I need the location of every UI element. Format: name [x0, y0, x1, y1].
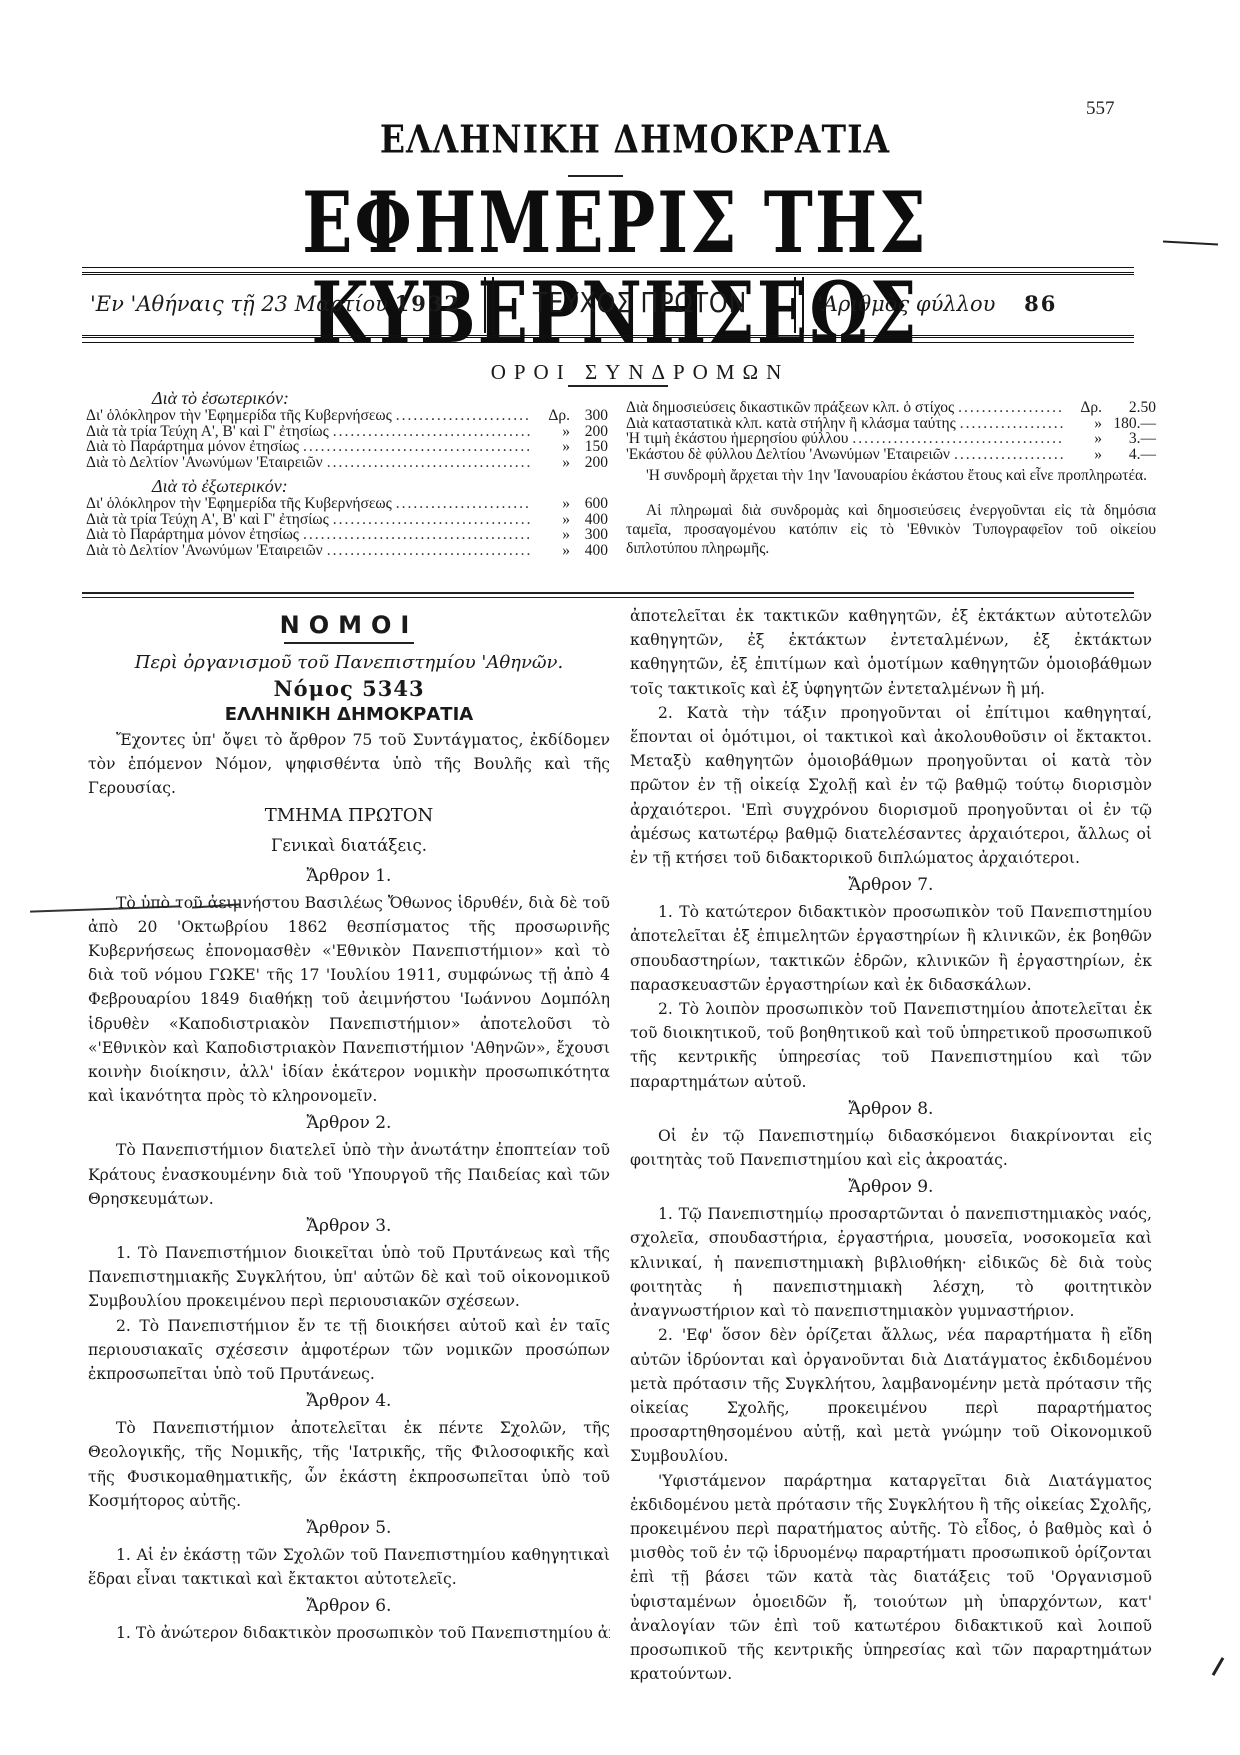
- fee-amount: 4.—: [1110, 447, 1156, 463]
- fee-row: Διὰ δημοσιεύσεις δικαστικῶν πράξεων κλπ.…: [626, 400, 1156, 416]
- article-paragraph: 2. Κατὰ τὴν τάξιν προηγοῦνται οἱ ἐπίτιμο…: [630, 701, 1152, 870]
- article-paragraph: 1. Τῷ Πανεπιστημίῳ προσαρτῶνται ὁ πανεπι…: [630, 1202, 1152, 1323]
- fee-row: Διὰ τὸ Δελτίον 'Ανωνύμων 'Εταιρειῶν»400: [86, 543, 608, 559]
- article-paragraph: 1. Αἱ ἐν ἑκάστῃ τῶν Σχολῶν τοῦ Πανεπιστη…: [88, 1543, 610, 1591]
- fee-amount: 180.—: [1110, 416, 1156, 432]
- law-preamble: Ἔχοντες ὑπ' ὄψει τὸ ἄρθρον 75 τοῦ Συντάγ…: [88, 728, 610, 801]
- leader-dots: [960, 416, 1064, 432]
- article-title: Ἄρθρον 3.: [88, 1211, 610, 1241]
- article-paragraph: 2. 'Εφ' ὅσον δὲν ὁρίζεται ἄλλως, νέα παρ…: [630, 1323, 1152, 1468]
- fee-row: Διὰ τὰ τρία Τεύχη Α', Β' καὶ Γ' ἐτησίως»…: [86, 424, 608, 440]
- fee-label: Διὰ τὸ Παράρτημα μόνον ἐτησίως: [86, 439, 299, 455]
- masthead-info-bar: 'Εν 'Αθήναις τῇ 23 Μαρτίου 1932 ΤΕΥΧΟΣ Π…: [82, 272, 1134, 338]
- article-title: Ἄρθρον 1.: [88, 861, 610, 891]
- fee-label: Διὰ τὸ Δελτίον 'Ανωνύμων 'Εταιρειῶν: [86, 455, 323, 471]
- article-paragraph: Τὸ Πανεπιστήμιον ἀποτελεῖται ἐκ πέντε Σχ…: [88, 1416, 610, 1513]
- part-title: ΤΜΗΜΑ ΠΡΩΤΟΝ: [88, 801, 610, 831]
- sheet-number: 'Αριθμὸς φύλλου 86: [817, 291, 1057, 316]
- issue-year: 1932: [395, 291, 461, 316]
- article-title: Ἄρθρον 6.: [88, 1591, 610, 1621]
- fee-label: 'Η τιμὴ ἑκάστου ἡμερησίου φύλλου: [626, 431, 848, 447]
- fee-amount: 300: [578, 527, 608, 543]
- subscription-note: 'Η συνδρομὴ ἄρχεται τὴν 1ην 'Ιανουαρίου …: [626, 466, 1156, 485]
- fee-unit: »: [536, 455, 570, 471]
- fee-unit: »: [536, 496, 570, 512]
- leader-dots: [327, 543, 532, 559]
- fee-unit: »: [536, 424, 570, 440]
- publication-rate-list: Διὰ δημοσιεύσεις δικαστικῶν πράξεων κλπ.…: [626, 400, 1156, 462]
- margin-pen-mark: [1163, 241, 1218, 246]
- fee-unit: »: [536, 512, 570, 528]
- fee-unit: »: [1068, 447, 1102, 463]
- foreign-rates: Δι' ὁλόκληρον τὴν 'Εφημερίδα τῆς Κυβερνή…: [86, 496, 608, 558]
- domestic-title: Διὰ τὸ ἐσωτερικόν:: [86, 388, 608, 408]
- leader-dots: [396, 496, 532, 512]
- leader-dots: [333, 424, 532, 440]
- leader-dots: [303, 527, 532, 543]
- article-paragraph: 'Υφιστάμενον παράρτημα καταργεῖται διὰ Δ…: [630, 1469, 1152, 1687]
- fee-label: Δι' ὁλόκληρον τὴν 'Εφημερίδα τῆς Κυβερνή…: [86, 408, 392, 424]
- fee-amount: 200: [578, 424, 608, 440]
- fee-row: Διὰ τὸ Παράρτημα μόνον ἐτησίως»150: [86, 439, 608, 455]
- law-number: Νόμος 5343: [88, 676, 610, 702]
- fee-row: Διὰ τὰ τρία Τεύχη Α', Β' καὶ Γ' ἐτησίως»…: [86, 512, 608, 528]
- domestic-rates: Δι' ὁλόκληρον τὴν 'Εφημερίδα τῆς Κυβερνή…: [86, 408, 608, 470]
- column-divider: [794, 277, 804, 333]
- laws-heading: ΝΟΜΟΙ: [88, 610, 610, 640]
- fee-label: Διὰ τὰ τρία Τεύχη Α', Β' καὶ Γ' ἐτησίως: [86, 424, 329, 440]
- fee-unit: Δρ.: [536, 408, 570, 424]
- article-paragraph: Τὸ ὑπὸ τοῦ ἀειμνήστου Βασιλέως Ὄθωνος ἱδ…: [88, 891, 610, 1109]
- issue-date: 'Εν 'Αθήναις τῇ 23 Μαρτίου 1932: [90, 291, 461, 316]
- fee-row: Διὰ τὸ Παράρτημα μόνον ἐτησίως»300: [86, 527, 608, 543]
- article-title: Ἄρθρον 2.: [88, 1108, 610, 1138]
- sheet-label: 'Αριθμὸς φύλλου: [817, 292, 995, 316]
- fee-label: Διὰ τὸ Παράρτημα μόνον ἐτησίως: [86, 527, 299, 543]
- article-title: Ἄρθρον 7.: [630, 870, 1152, 900]
- article-paragraph: Οἱ ἐν τῷ Πανεπιστημίῳ διδασκόμενοι διακρ…: [630, 1124, 1152, 1172]
- fee-unit: Δρ.: [1068, 400, 1102, 416]
- fee-label: Διὰ καταστατικὰ κλπ. κατὰ στήλην ἢ κλάσμ…: [626, 416, 956, 432]
- column-divider: [484, 277, 494, 333]
- law-republic: ΕΛΛΗΝΙΚΗ ΔΗΜΟΚΡΑΤΙΑ: [88, 702, 610, 728]
- leader-dots: [852, 431, 1064, 447]
- fee-label: Δι' ὁλόκληρον τὴν 'Εφημερίδα τῆς Κυβερνή…: [86, 496, 392, 512]
- fee-row: 'Εκάστου δὲ φύλλου Δελτίου 'Ανωνύμων 'Ετ…: [626, 447, 1156, 463]
- law-subject: Περὶ ὀργανισμοῦ τοῦ Πανεπιστημίου 'Αθηνῶ…: [88, 650, 610, 676]
- leader-dots: [954, 447, 1064, 463]
- fee-row: Διὰ τὸ Δελτίον 'Ανωνύμων 'Εταιρειῶν»200: [86, 455, 608, 471]
- fee-row: Διὰ καταστατικὰ κλπ. κατὰ στήλην ἢ κλάσμ…: [626, 416, 1156, 432]
- leader-dots: [333, 512, 532, 528]
- fee-unit: »: [536, 543, 570, 559]
- payment-note: Αἱ πληρωμαὶ διὰ συνδρομὰς καὶ δημοσιεύσε…: [626, 501, 1156, 558]
- article-paragraph: 1. Τὸ κατώτερον διδακτικὸν προσωπικὸν το…: [630, 900, 1152, 997]
- article-paragraph: 2. Τὸ λοιπὸν προσωπικὸν τοῦ Πανεπιστημίο…: [630, 997, 1152, 1094]
- sheet-value: 86: [1024, 291, 1057, 316]
- article-paragraph: 1. Τὸ Πανεπιστήμιον διοικεῖται ὑπὸ τοῦ Π…: [88, 1241, 610, 1314]
- fee-amount: 400: [578, 543, 608, 559]
- article-paragraph: Τὸ Πανεπιστήμιον διατελεῖ ὑπὸ τὴν ἀνωτάτ…: [88, 1138, 610, 1211]
- subscription-rates: Διὰ τὸ ἐσωτερικόν: Δι' ὁλόκληρον τὴν 'Εφ…: [86, 386, 608, 558]
- leader-dots: [303, 439, 532, 455]
- issue-part: ΤΕΥΧΟΣ ΠΡΩΤΟΝ: [514, 286, 766, 319]
- masthead-republic: ΕΛΛΗΝΙΚΗ ΔΗΜΟΚΡΑΤΙΑ: [0, 117, 1240, 162]
- fee-amount: 300: [578, 408, 608, 424]
- article-title: Ἄρθρον 4.: [88, 1386, 610, 1416]
- articles-left: Ἄρθρον 1.Τὸ ὑπὸ τοῦ ἀειμνήστου Βασιλέως …: [88, 861, 610, 1646]
- law-column-right: 1. Τὸ ἀνώτερον διδακτικὸν προσωπικὸν τοῦ…: [630, 604, 1152, 1686]
- fee-label: 'Εκάστου δὲ φύλλου Δελτίου 'Ανωνύμων 'Ετ…: [626, 447, 950, 463]
- foreign-title: Διὰ τὸ ἐξωτερικόν:: [86, 476, 608, 496]
- article-paragraph: 1. Τὸ ἀνώτερον διδακτικὸν προσωπικὸν τοῦ…: [88, 1621, 610, 1645]
- leader-dots: [327, 455, 532, 471]
- fee-label: Διὰ τὸ Δελτίον 'Ανωνύμων 'Εταιρειῶν: [86, 543, 323, 559]
- fee-row: 'Η τιμὴ ἑκάστου ἡμερησίου φύλλου»3.—: [626, 431, 1156, 447]
- articles-right: 1. Τὸ ἀνώτερον διδακτικὸν προσωπικὸν τοῦ…: [630, 580, 1152, 1687]
- fee-unit: »: [1068, 416, 1102, 432]
- fee-unit: »: [536, 439, 570, 455]
- part-subtitle: Γενικαὶ διατάξεις.: [88, 831, 610, 861]
- fee-amount: 150: [578, 439, 608, 455]
- subscriptions-heading: ΟΡΟΙ ΣΥΝΔΡΟΜΩΝ: [0, 360, 1240, 385]
- fee-row: Δι' ὁλόκληρον τὴν 'Εφημερίδα τῆς Κυβερνή…: [86, 408, 608, 424]
- article-title: Ἄρθρον 8.: [630, 1094, 1152, 1124]
- fee-amount: 2.50: [1110, 400, 1156, 416]
- leader-dots: [958, 400, 1064, 416]
- publication-rates: Διὰ δημοσιεύσεις δικαστικῶν πράξεων κλπ.…: [626, 400, 1156, 573]
- fee-amount: 200: [578, 455, 608, 471]
- fee-amount: 600: [578, 496, 608, 512]
- leader-dots: [396, 408, 532, 424]
- fee-label: Διὰ τὰ τρία Τεύχη Α', Β' καὶ Γ' ἐτησίως: [86, 512, 329, 528]
- corner-pen-mark: [1212, 1657, 1225, 1676]
- article-title: Ἄρθρον 5.: [88, 1513, 610, 1543]
- article-paragraph-continued: 1. Τὸ ἀνώτερον διδακτικὸν προσωπικὸν τοῦ…: [630, 580, 1152, 701]
- fee-unit: »: [1068, 431, 1102, 447]
- issue-date-text: 'Εν 'Αθήναις τῇ 23 Μαρτίου: [90, 292, 388, 316]
- fee-row: Δι' ὁλόκληρον τὴν 'Εφημερίδα τῆς Κυβερνή…: [86, 496, 608, 512]
- fee-label: Διὰ δημοσιεύσεις δικαστικῶν πράξεων κλπ.…: [626, 400, 954, 416]
- laws-heading-rule: [284, 642, 414, 644]
- fee-amount: 400: [578, 512, 608, 528]
- article-paragraph: 2. Τὸ Πανεπιστήμιον ἔν τε τῇ διοικήσει α…: [88, 1314, 610, 1387]
- article-title: Ἄρθρον 9.: [630, 1172, 1152, 1202]
- fee-amount: 3.—: [1110, 431, 1156, 447]
- fee-unit: »: [536, 527, 570, 543]
- law-column-left: ΝΟΜΟΙ Περὶ ὀργανισμοῦ τοῦ Πανεπιστημίου …: [88, 600, 610, 1646]
